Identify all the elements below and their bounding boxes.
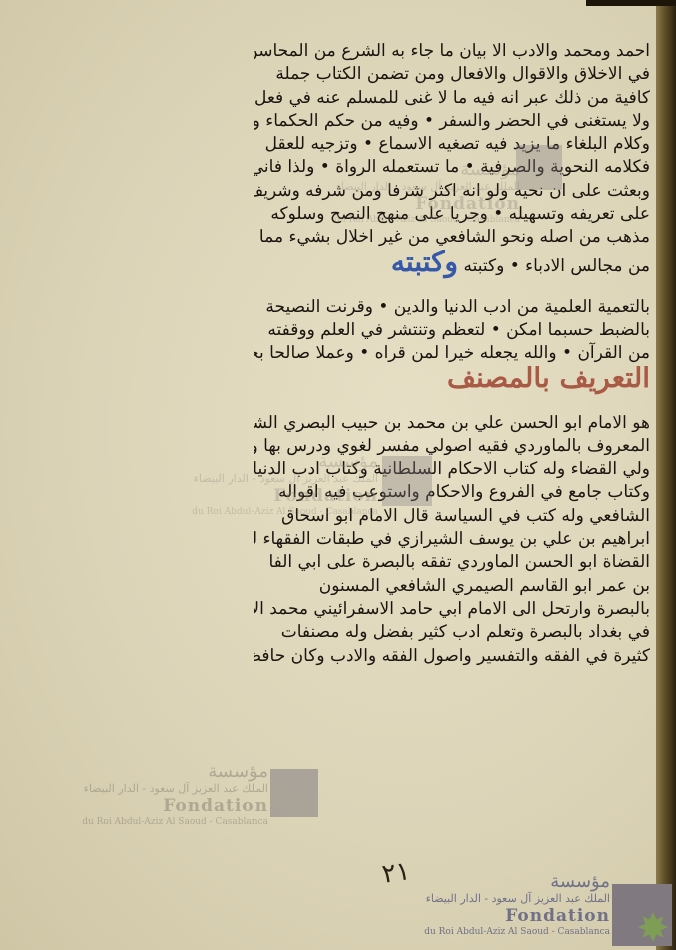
watermark-faint-top: مؤسسة الملك عبد العزيز آل سعود - الدار ا… — [300, 160, 520, 226]
manuscript-page: احمد ومحمد والادب الا بيان ما جاء به الش… — [0, 0, 676, 950]
manuscript-text-block: احمد ومحمد والادب الا بيان ما جاء به الش… — [254, 40, 650, 668]
text-line: ولا يستغنى في الحضر والسفر • وفيه من حكم… — [254, 110, 650, 133]
text-line-with-rubric: من مجالس الادباء • وكتبته وكتبته — [254, 250, 650, 296]
text-line: بالضبط حسبما امكن • لتعظم وتنتشر في العل… — [254, 319, 650, 342]
watermark-logo-icon — [516, 145, 562, 190]
rubric-heading-red: التعريف بالمصنف — [447, 366, 650, 394]
binding-shadow — [586, 0, 676, 6]
text-line: في بغداد بالبصرة وتعلم ادب كثير بفضل وله… — [254, 621, 650, 644]
text-line: بن عمر ابو القاسم الصيمري الشافعي المسنو… — [254, 575, 650, 598]
watermark-logo-icon — [270, 769, 318, 817]
watermark-faint-middle: مؤسسة الملك عبد العزيز آل سعود - الدار ا… — [128, 452, 378, 518]
text-line: احمد ومحمد والادب الا بيان ما جاء به الش… — [254, 40, 650, 63]
watermark-lower-left: مؤسسة الملك عبد العزيز آل سعود - الدار ا… — [60, 762, 268, 828]
book-binding-edge — [656, 0, 676, 950]
star-logo-icon — [638, 912, 668, 942]
text-line: مذهب من اصله ونحو الشافعي من غير اخلال ب… — [254, 226, 650, 249]
watermark-logo-icon — [382, 456, 432, 506]
section-heading: التعريف بالمصنف — [254, 366, 650, 412]
text-line: في الاخلاق والاقوال والافعال ومن تضمن ال… — [254, 63, 650, 86]
text-line: هو الامام ابو الحسن علي بن محمد بن حبيب … — [254, 412, 650, 435]
text-line: كثيرة في الفقه والتفسير واصول الفقه والا… — [254, 645, 650, 668]
text-segment: من مجالس الادباء • وكتبته — [463, 256, 650, 276]
text-line: وكلام البلغاء ما يزيد فيه تصغيه الاسماع … — [254, 133, 650, 156]
text-line: القضاة ابو الحسن الماوردي تفقه بالبصرة ع… — [254, 551, 650, 574]
text-line: ابراهيم بن علي بن يوسف الشيرازي في طبقات… — [254, 528, 650, 551]
text-line: بالبصرة وارتحل الى الامام ابي حامد الاسف… — [254, 598, 650, 621]
rubric-heading-blue: وكتبته — [391, 250, 458, 278]
watermark-bottom-right: مؤسسة الملك عبد العزيز آل سعود - الدار ا… — [330, 872, 610, 938]
text-line: بالتعمية العلمية من ادب الدنيا والدين • … — [254, 296, 650, 319]
text-line: كافية من ذلك عبر انه فيه ما لا غنى للمسل… — [254, 87, 650, 110]
text-line: من القرآن • والله يجعله خيرا لمن قراه • … — [254, 342, 650, 365]
